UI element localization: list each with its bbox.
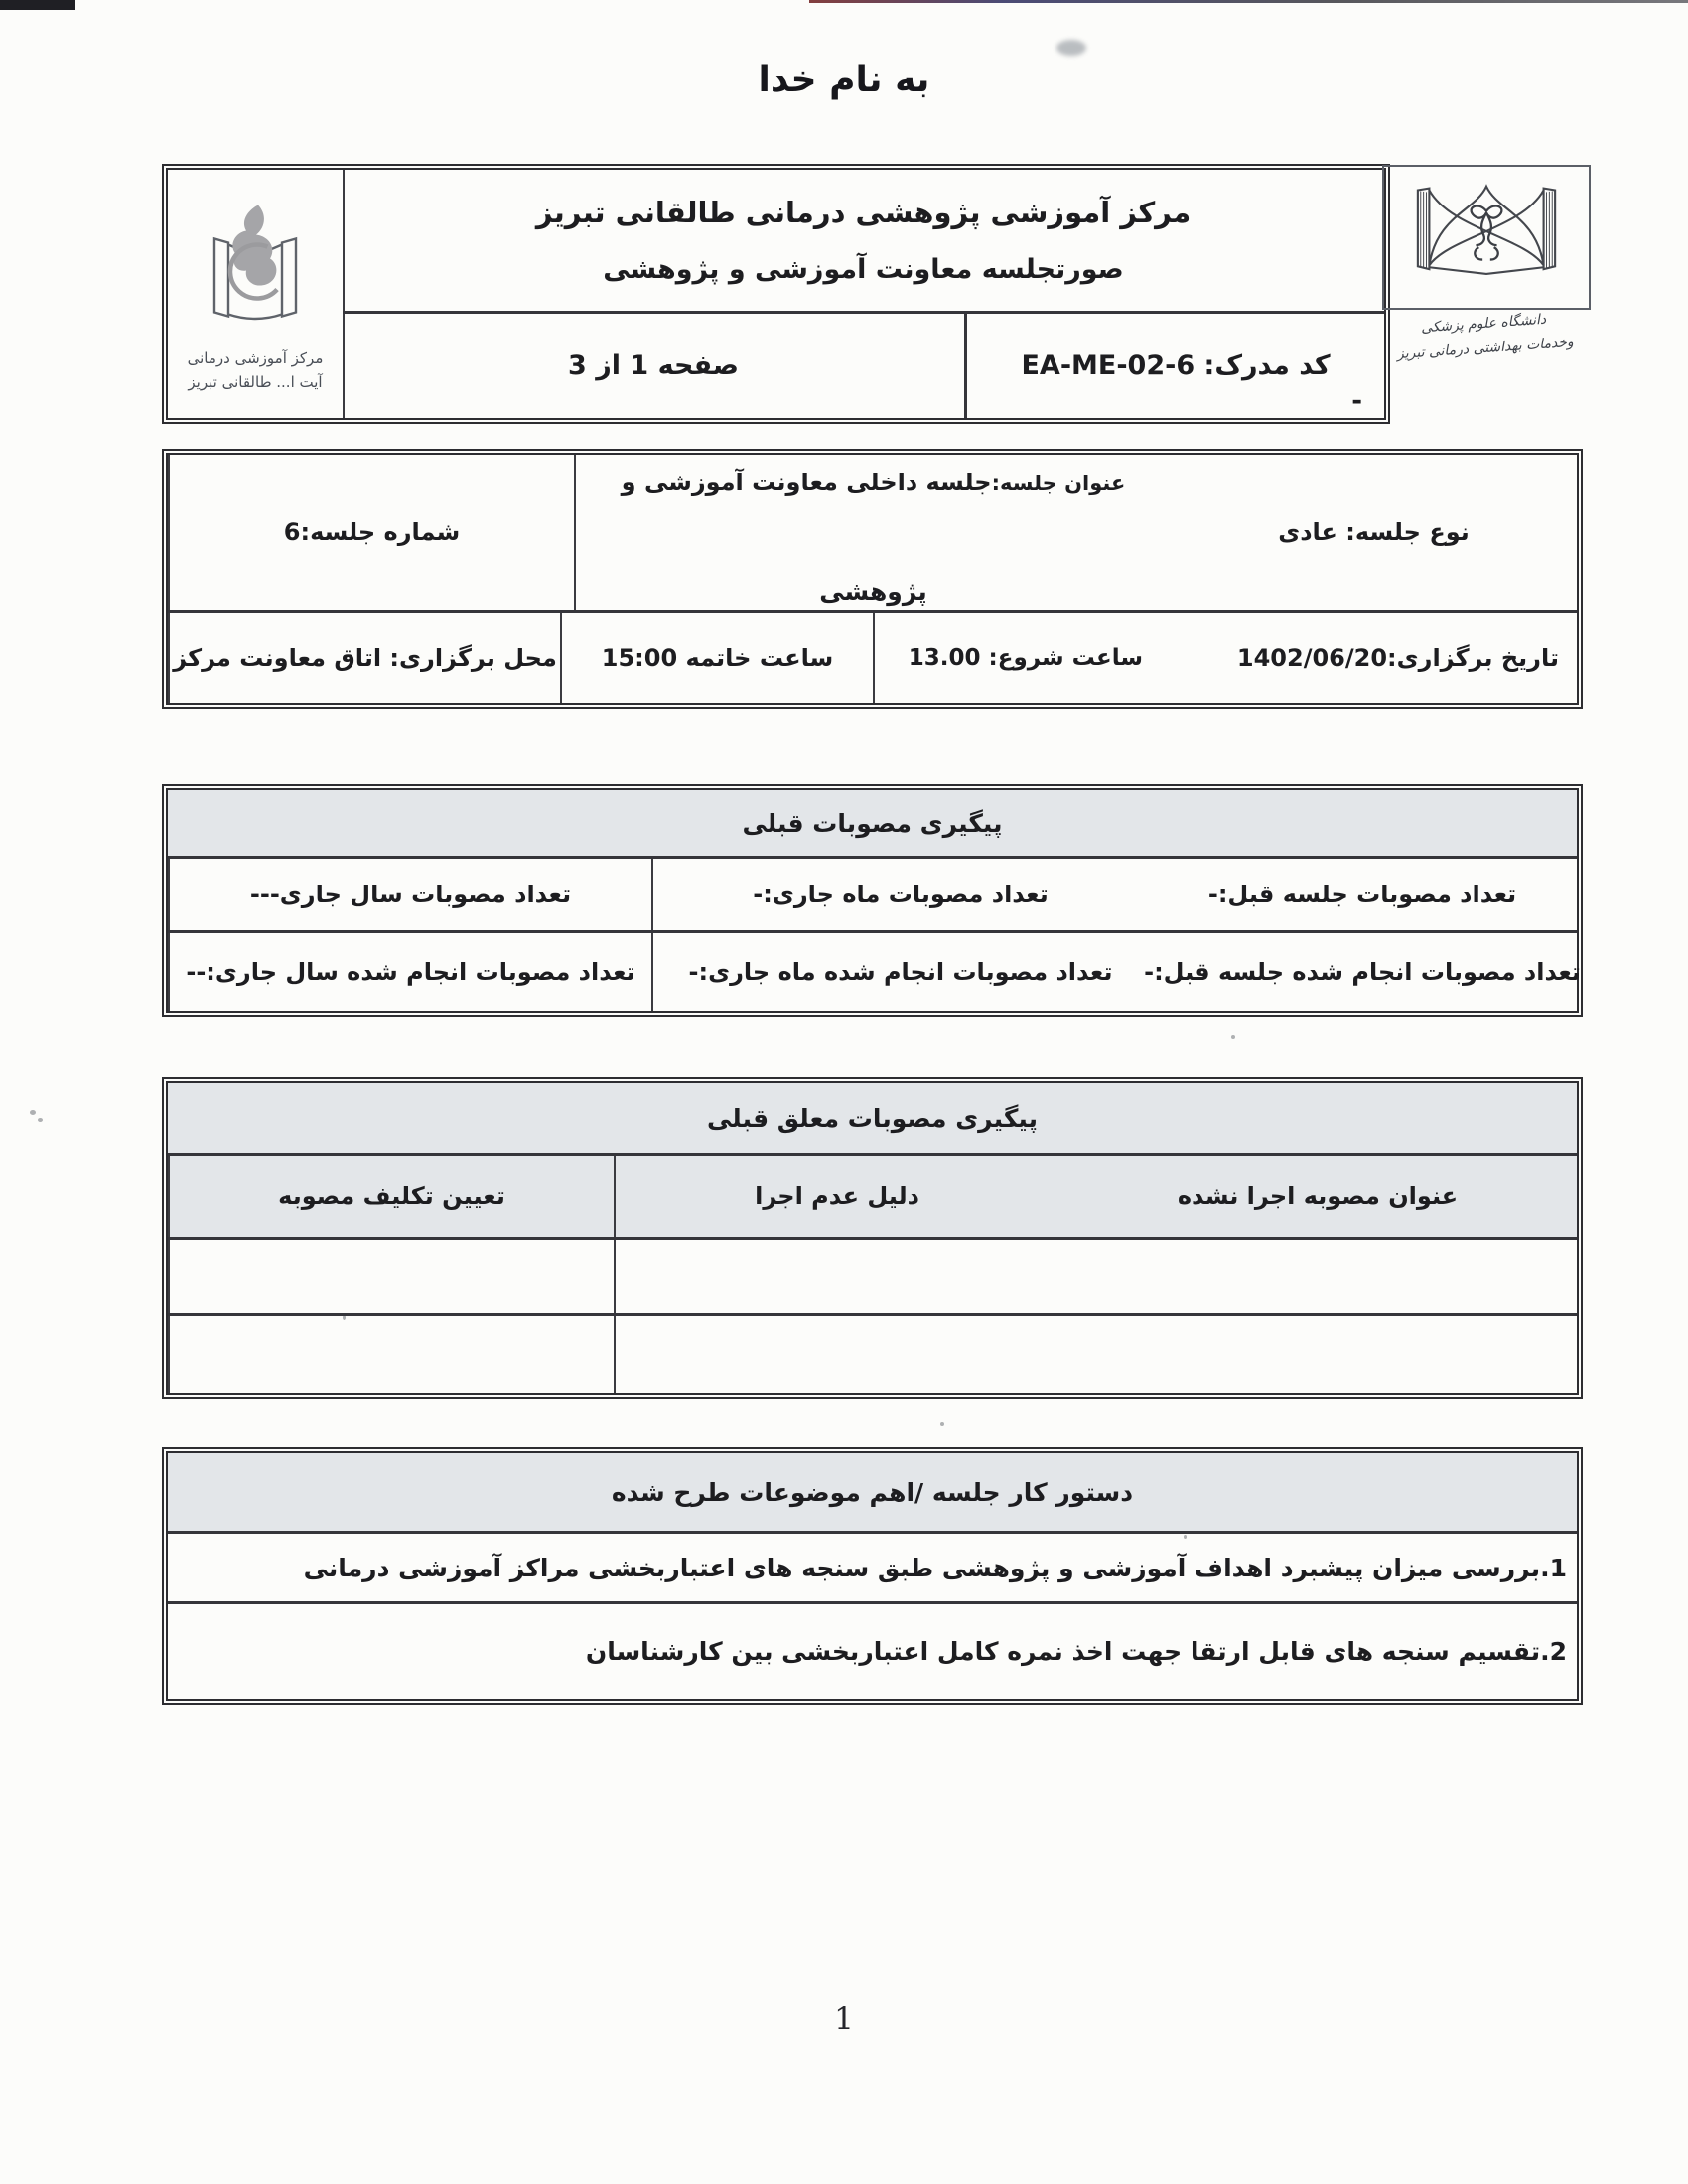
count-prev-meeting-cell: تعداد مصوبات جلسه قبل:-	[1148, 859, 1577, 930]
scan-artifact-speck	[38, 1118, 43, 1122]
pending-resolutions-table: پیگیری مصوبات معلق قبلی عنوان مصوبه اجرا…	[162, 1077, 1583, 1399]
document-subtitle: صورتجلسه معاونت آموزشی و پژوهشی	[603, 254, 1124, 285]
done-current-month-cell: تعداد مصوبات انجام شده ماه جاری:-	[651, 933, 1148, 1011]
university-book-logo-icon	[1391, 173, 1582, 302]
empty-cell	[1058, 1240, 1577, 1313]
col-unexecuted-title: عنوان مصوبه اجرا نشده	[1058, 1156, 1577, 1237]
page-label: صفحه 1 از 3	[568, 350, 739, 381]
done-prev-meeting-cell: تعداد مصوبات انجام شده جلسه قبل:-	[1148, 933, 1577, 1011]
header-table: دانشگاه علوم پزشکی و خدمات بهداشتی درمان…	[162, 164, 1390, 424]
agenda-table: دستور کار جلسه /اهم موضوعات طرح شده 1.بر…	[162, 1447, 1583, 1705]
document-title-block: مرکز آموزشی پژوهشی درمانی طالقانی تبریز …	[343, 170, 1384, 311]
meeting-date-cell: تاریخ برگزاری:1402/06/20	[1153, 613, 1577, 703]
meeting-location-cell: محل برگزاری: اتاق معاونت مرکز	[168, 613, 560, 703]
doc-code: کد مدرک: EA-ME-02-6	[1021, 350, 1330, 381]
doc-code-cell: کد مدرک: EA-ME-02-6 -	[964, 314, 1384, 418]
scan-artifact-speck	[940, 1422, 944, 1426]
header-bottom-row: کد مدرک: EA-ME-02-6 - صفحه 1 از 3	[343, 311, 1384, 418]
meeting-number-cell: شماره جلسه:6	[168, 455, 574, 610]
page-label-cell: صفحه 1 از 3	[343, 314, 964, 418]
meeting-info-row1: نوع جلسه: عادی عنوان جلسه:جلسه داخلی معا…	[168, 455, 1577, 610]
meeting-title-cell: عنوان جلسه:جلسه داخلی معاونت آموزشی و پژ…	[574, 455, 1171, 610]
svg-text:دانشگاه علوم پزشکی و خدمات بهد: دانشگاه علوم پزشکی و خدمات بهداشتی درمان…	[181, 184, 185, 188]
previous-resolutions-title: پیگیری مصوبات قبلی	[168, 790, 1577, 856]
empty-cell	[168, 1316, 614, 1393]
agenda-item-2: 2.تقسیم سنجه های قابل ارتقا جهت اخذ نمره…	[168, 1604, 1577, 1699]
pending-resolutions-header-row: عنوان مصوبه اجرا نشده دلیل عدم اجرا تعیی…	[168, 1153, 1577, 1237]
university-logo-box	[1382, 165, 1591, 310]
scan-artifact-smudge	[1056, 40, 1086, 56]
meeting-info-table: نوع جلسه: عادی عنوان جلسه:جلسه داخلی معا…	[162, 449, 1583, 709]
hospital-logo-caption: مرکز آموزشی درمانی آیت ا... طالقانی تبری…	[168, 346, 343, 394]
empty-cell	[168, 1240, 614, 1313]
agenda-item-row1: 1.بررسی میزان پیشبرد اهداف آموزشی و پژوه…	[168, 1531, 1577, 1601]
previous-resolutions-row1: تعداد مصوبات جلسه قبل:- تعداد مصوبات ماه…	[168, 856, 1577, 930]
meeting-end-time-cell: ساعت خاتمه 15:00	[560, 613, 873, 703]
hospital-logo-cell: دانشگاه علوم پزشکی و خدمات بهداشتی درمان…	[168, 170, 345, 418]
hospital-book-logo-icon: دانشگاه علوم پزشکی و خدمات بهداشتی درمان…	[181, 184, 330, 341]
scan-artifact-corner-bar	[0, 0, 75, 10]
hospital-logo-arc-text: دانشگاه علوم پزشکی و خدمات بهداشتی درمان…	[181, 184, 185, 188]
university-logo-caption: دانشگاه علوم پزشکی وخدمات بهداشتی درمانی…	[1371, 304, 1599, 369]
scanned-document-page: به نام خدا دانشگاه علوم پزشکی و خدمات به…	[0, 0, 1688, 2184]
pending-resolutions-empty-row2	[168, 1313, 1577, 1393]
previous-resolutions-table: پیگیری مصوبات قبلی تعداد مصوبات جلسه قبل…	[162, 784, 1583, 1017]
agenda-title: دستور کار جلسه /اهم موضوعات طرح شده	[168, 1453, 1577, 1531]
agenda-item-row2: 2.تقسیم سنجه های قابل ارتقا جهت اخذ نمره…	[168, 1601, 1577, 1699]
meeting-type-cell: نوع جلسه: عادی	[1171, 455, 1577, 610]
scan-artifact-speck	[1231, 1035, 1235, 1039]
meeting-title-line2: پژوهشی	[819, 577, 927, 606]
empty-cell	[614, 1240, 1058, 1313]
empty-cell	[614, 1316, 1058, 1393]
bismillah-heading: به نام خدا	[0, 60, 1688, 100]
pending-resolutions-title: پیگیری مصوبات معلق قبلی	[168, 1083, 1577, 1153]
scan-artifact-speck	[30, 1110, 36, 1115]
hospital-logo-caption-line2: آیت ا... طالقانی تبریز	[168, 370, 343, 394]
done-current-year-cell: تعداد مصوبات انجام شده سال جاری:--	[168, 933, 651, 1011]
col-action: تعیین تکلیف مصوبه	[168, 1156, 614, 1237]
pending-resolutions-empty-row1	[168, 1237, 1577, 1313]
previous-resolutions-row2: تعداد مصوبات انجام شده جلسه قبل:- تعداد …	[168, 930, 1577, 1011]
col-reason: دلیل عدم اجرا	[614, 1156, 1058, 1237]
meeting-title-line1: عنوان جلسه:جلسه داخلی معاونت آموزشی و	[622, 469, 1126, 496]
meeting-title-label: عنوان جلسه:	[992, 472, 1126, 495]
empty-cell	[1058, 1316, 1577, 1393]
count-current-month-cell: تعداد مصوبات ماه جاری:-	[651, 859, 1148, 930]
hospital-logo-caption-line1: مرکز آموزشی درمانی	[168, 346, 343, 370]
meeting-title-value: جلسه داخلی معاونت آموزشی و	[622, 469, 992, 496]
page-number: 1	[0, 2001, 1688, 2037]
meeting-info-row2: تاریخ برگزاری:1402/06/20 ساعت شروع: 13.0…	[168, 610, 1577, 703]
doc-code-dash: -	[1351, 386, 1362, 416]
scan-artifact-top-line	[809, 0, 1688, 3]
meeting-start-time-cell: ساعت شروع: 13.00	[873, 613, 1153, 703]
count-current-year-cell: تعداد مصوبات سال جاری---	[168, 859, 651, 930]
agenda-item-1: 1.بررسی میزان پیشبرد اهداف آموزشی و پژوه…	[168, 1534, 1577, 1601]
center-title: مرکز آموزشی پژوهشی درمانی طالقانی تبریز	[536, 196, 1191, 229]
